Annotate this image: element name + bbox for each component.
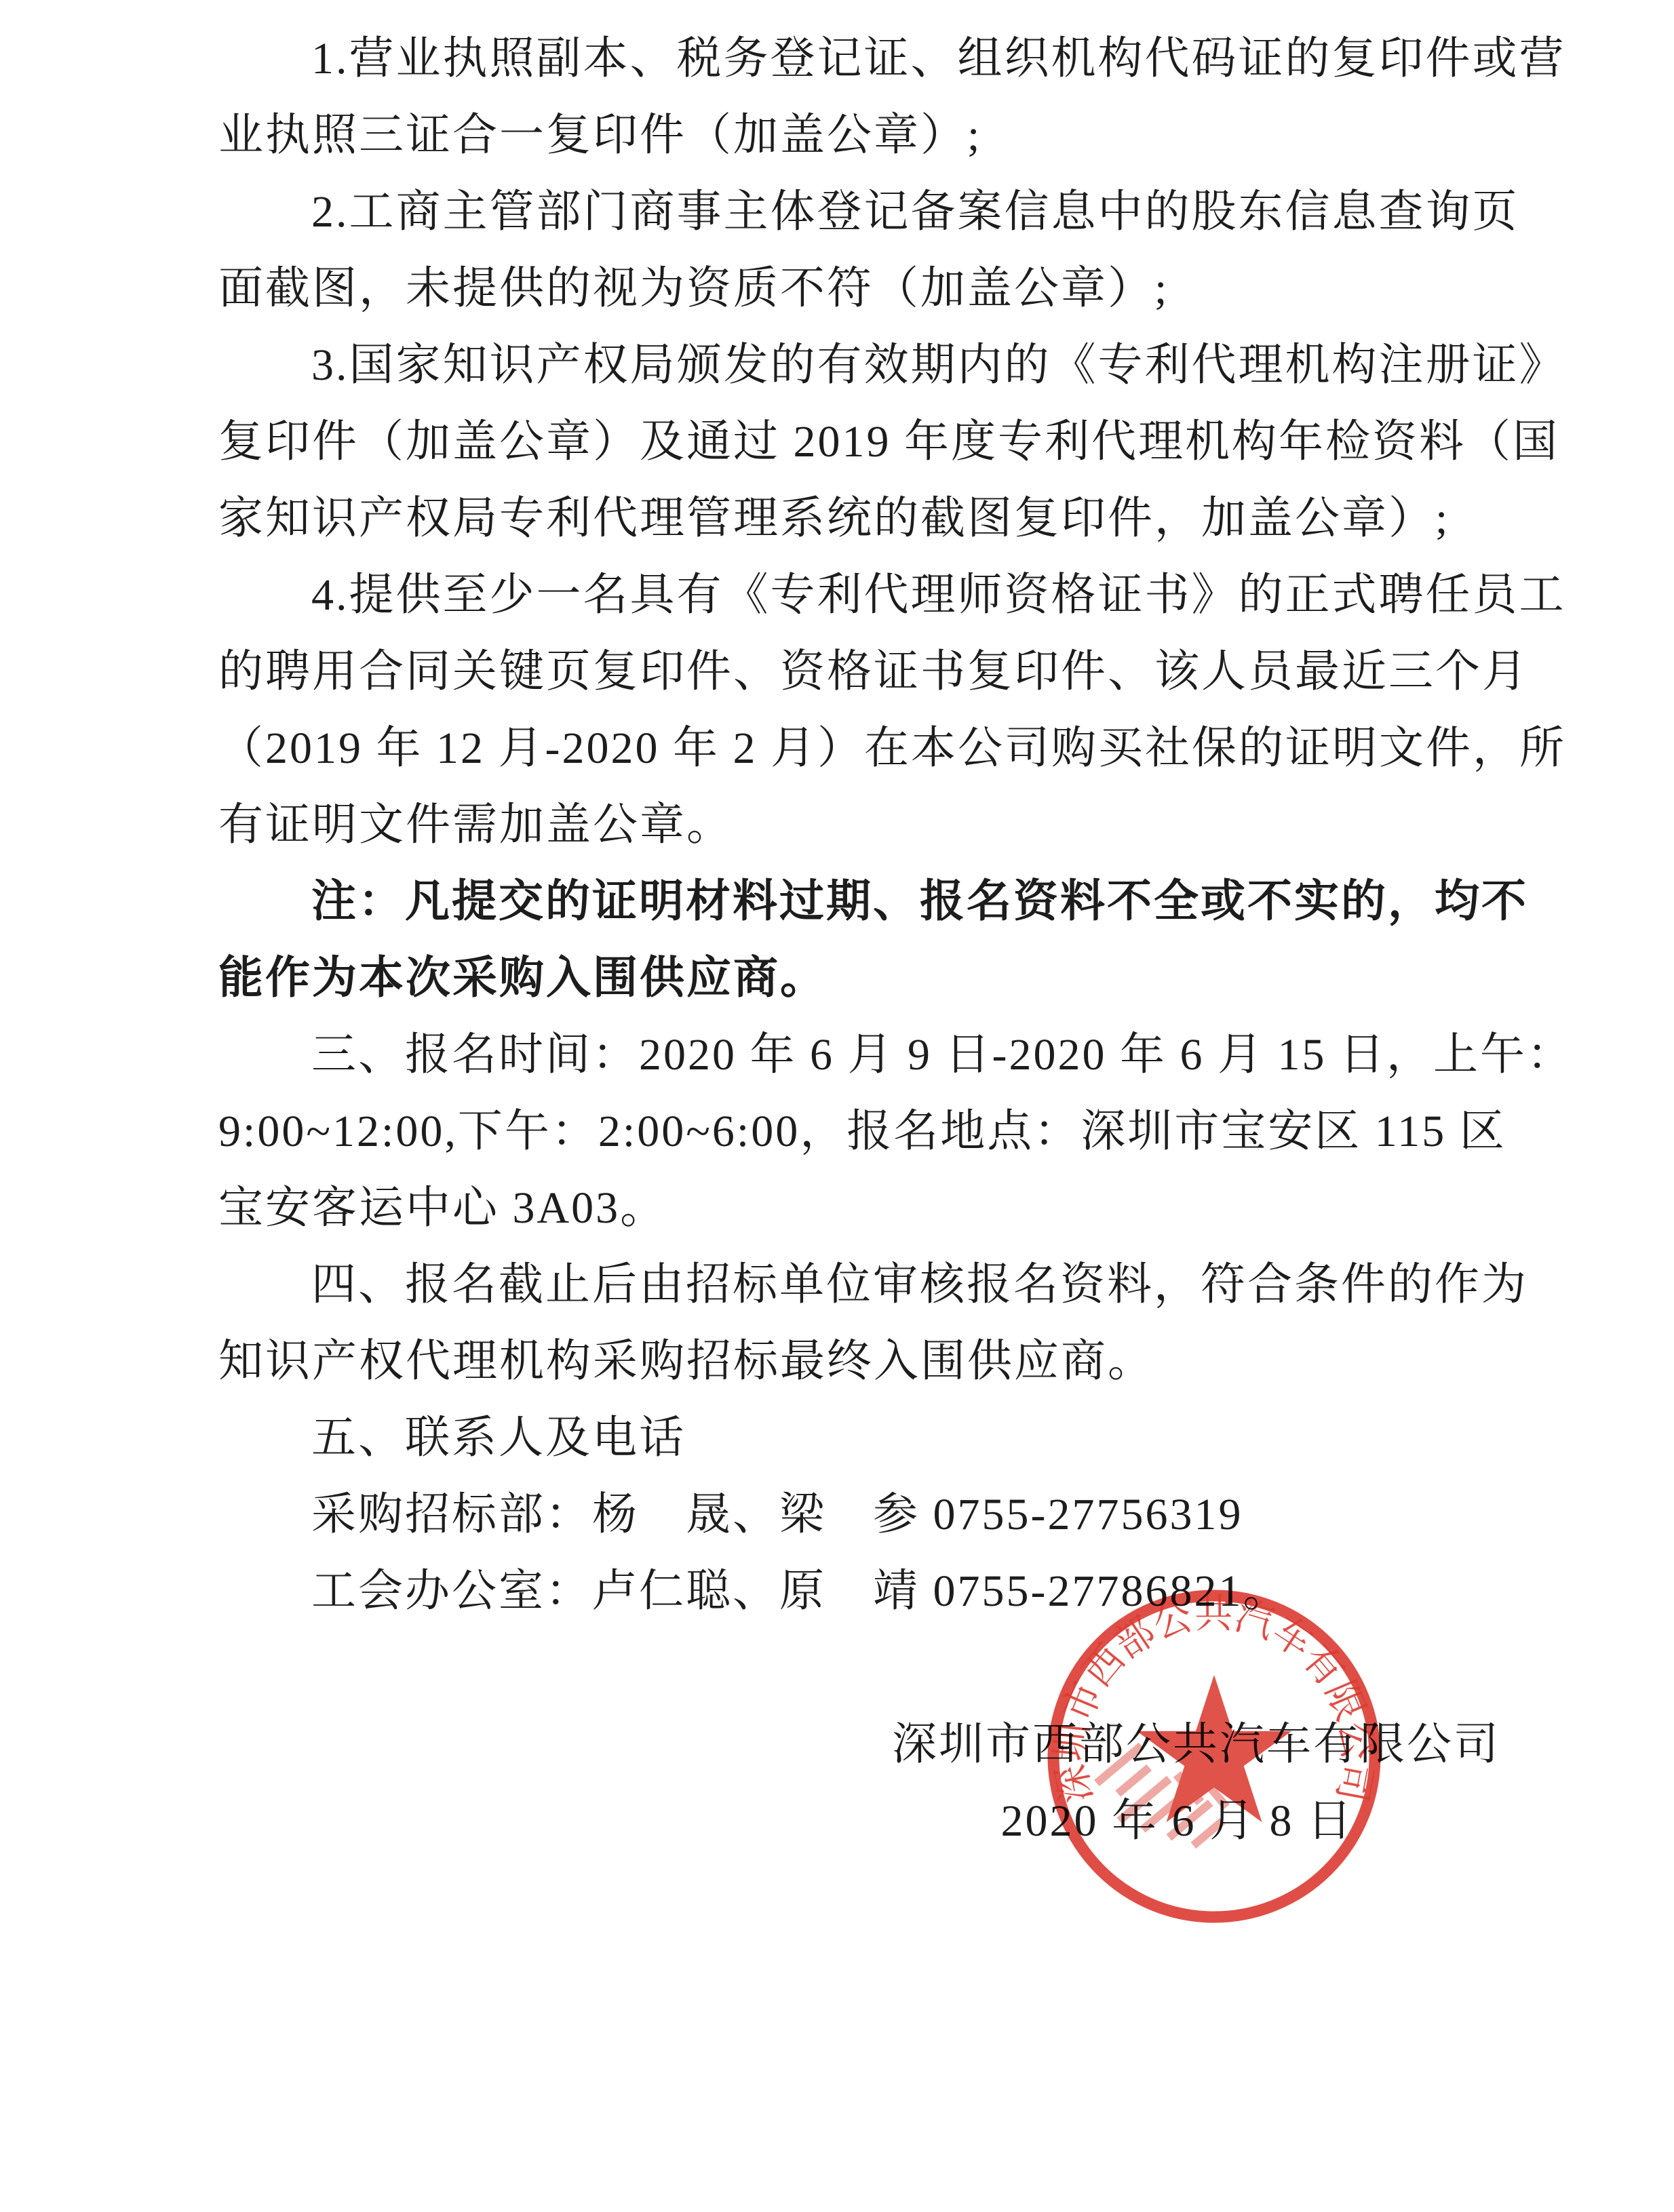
document-line: 宝安客运中心 3A03。 (218, 1170, 1511, 1246)
document-line: 三、报名时间：2020 年 6 月 9 日-2020 年 6 月 15 日，上午… (218, 1016, 1511, 1093)
signature-date: 2020 年 6 月 8 日 (218, 1783, 1511, 1859)
document-line: 五、联系人及电话 (218, 1400, 1511, 1476)
document-contact-line: 采购招标部：杨 晟、梁 参 0755-27756319 (218, 1476, 1511, 1553)
document-line: 四、报名截止后由招标单位审核报名资料，符合条件的作为 (218, 1246, 1511, 1323)
document-line: 复印件（加盖公章）及通过 2019 年度专利代理机构年检资料（国 (218, 403, 1511, 480)
signature-company: 深圳市西部公共汽车有限公司 (218, 1706, 1511, 1783)
document-body: 1.营业执照副本、税务登记证、组织机构代码证的复印件或营 业执照三证合一复印件（… (218, 20, 1511, 1859)
document-page: 1.营业执照副本、税务登记证、组织机构代码证的复印件或营 业执照三证合一复印件（… (0, 0, 1674, 2212)
document-line: 有证明文件需加盖公章。 (218, 787, 1511, 863)
document-note-line: 注：凡提交的证明材料过期、报名资料不全或不实的，均不 (218, 863, 1511, 940)
blank-line (218, 1630, 1511, 1706)
document-line: 知识产权代理机构采购招标最终入围供应商。 (218, 1323, 1511, 1400)
document-line: 家知识产权局专利代理管理系统的截图复印件，加盖公章）; (218, 480, 1511, 557)
document-line: 2.工商主管部门商事主体登记备案信息中的股东信息查询页 (218, 174, 1511, 250)
document-line: 业执照三证合一复印件（加盖公章）; (218, 97, 1511, 174)
document-line: （2019 年 12 月-2020 年 2 月）在本公司购买社保的证明文件，所 (218, 710, 1511, 787)
document-note-line: 能作为本次采购入围供应商。 (218, 940, 1511, 1016)
document-line: 9:00~12:00,下午：2:00~6:00，报名地点：深圳市宝安区 115 … (218, 1093, 1511, 1170)
document-line: 面截图，未提供的视为资质不符（加盖公章）; (218, 250, 1511, 327)
document-line: 的聘用合同关键页复印件、资格证书复印件、该人员最近三个月 (218, 633, 1511, 710)
document-line: 3.国家知识产权局颁发的有效期内的《专利代理机构注册证》 (218, 327, 1511, 403)
document-contact-line: 工会办公室：卢仁聪、原 靖 0755-27786821。 (218, 1553, 1511, 1630)
document-line: 4.提供至少一名具有《专利代理师资格证书》的正式聘任员工 (218, 557, 1511, 633)
document-line: 1.营业执照副本、税务登记证、组织机构代码证的复印件或营 (218, 20, 1511, 97)
